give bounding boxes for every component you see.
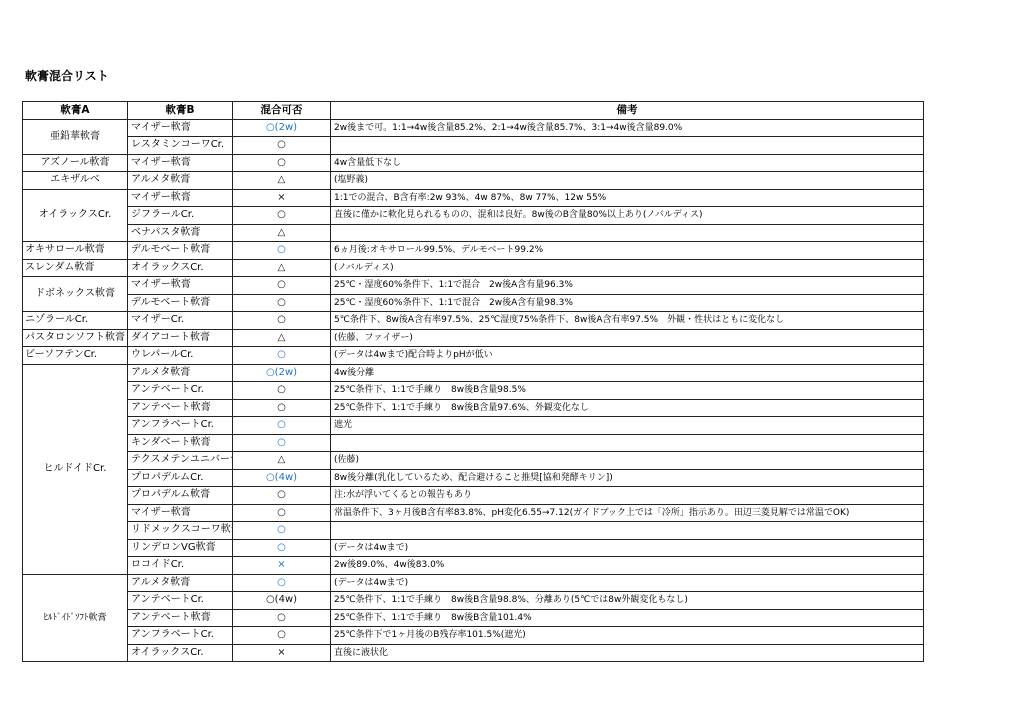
cell-ointment-b[interactable]: マイザー軟膏 bbox=[128, 189, 233, 207]
table-row: ベナパスタ軟膏△ bbox=[23, 224, 924, 242]
cell-ointment-b[interactable]: アルメタ軟膏 bbox=[128, 574, 233, 592]
table-row: ジフラールCr.○直後に僅かに軟化見られるものの、混和は良好。8w後のB含量80… bbox=[23, 207, 924, 225]
cell-ointment-b[interactable]: アンテベート軟膏 bbox=[128, 609, 233, 627]
cell-notes[interactable]: 25℃条件下で1ヶ月後のB残存率101.5%(遮光) bbox=[331, 627, 924, 645]
cell-ointment-a[interactable]: ﾋﾙﾄﾞｲﾄﾞｿﾌﾄ軟膏 bbox=[23, 574, 128, 662]
cell-notes[interactable]: 4w含量低下なし bbox=[331, 154, 924, 172]
cell-notes[interactable]: 2w後まで可。1:1→4w後含量85.2%、2:1→4w後含量85.7%、3:1… bbox=[331, 119, 924, 137]
cell-notes[interactable] bbox=[331, 137, 924, 155]
cell-ointment-b[interactable]: マイザー軟膏 bbox=[128, 119, 233, 137]
table-row: 亜鉛華軟膏マイザー軟膏○(2w)2w後まで可。1:1→4w後含量85.2%、2:… bbox=[23, 119, 924, 137]
table-row: スレンダム軟膏オイラックスCr.△(ノバルディス) bbox=[23, 259, 924, 277]
cell-mixability-mark[interactable]: ○ bbox=[233, 539, 331, 557]
cell-notes[interactable]: 25℃条件下、1:1で手練り 8w後B含量101.4% bbox=[331, 609, 924, 627]
cell-mixability-mark[interactable]: ○ bbox=[233, 627, 331, 645]
cell-notes[interactable]: 25℃・湿度60%条件下、1:1で混合 2w後A含有量98.3% bbox=[331, 294, 924, 312]
table-row: オキサロール軟膏デルモベート軟膏○6ヵ月後:オキサロール99.5%、デルモベート… bbox=[23, 242, 924, 260]
table-row: デルモベート軟膏○25℃・湿度60%条件下、1:1で混合 2w後A含有量98.3… bbox=[23, 294, 924, 312]
cell-notes[interactable]: (塩野義) bbox=[331, 172, 924, 190]
table-row: ニゾラールCr.マイザーCr.○5℃条件下、8w後A含有率97.5%、25℃湿度… bbox=[23, 312, 924, 330]
cell-mixability-mark[interactable]: ○(4w) bbox=[233, 469, 331, 487]
table-row: テクスメテンユニバーサル△(佐藤) bbox=[23, 452, 924, 470]
table-row: リンデロンVG軟膏○(データは4wまで) bbox=[23, 539, 924, 557]
header-ointment-b[interactable]: 軟膏B bbox=[128, 102, 233, 120]
cell-mixability-mark[interactable]: × bbox=[233, 644, 331, 662]
cell-ointment-b[interactable]: デルモベート軟膏 bbox=[128, 242, 233, 260]
table-row: アンテベート軟膏○25℃条件下、1:1で手練り 8w後B含量101.4% bbox=[23, 609, 924, 627]
cell-mixability-mark[interactable]: ○ bbox=[233, 399, 331, 417]
table-row: エキザルベアルメタ軟膏△(塩野義) bbox=[23, 172, 924, 190]
cell-mixability-mark[interactable]: ○ bbox=[233, 574, 331, 592]
cell-notes[interactable]: (データは4wまで) bbox=[331, 539, 924, 557]
cell-notes[interactable] bbox=[331, 434, 924, 452]
cell-ointment-a[interactable]: オイラックスCr. bbox=[23, 189, 128, 242]
cell-mixability-mark[interactable]: ○ bbox=[233, 487, 331, 505]
cell-mixability-mark[interactable]: ○ bbox=[233, 434, 331, 452]
cell-ointment-b[interactable]: ダイアコート軟膏 bbox=[128, 329, 233, 347]
table-row: ヒルドイドCr.アルメタ軟膏○(2w)4w後分離 bbox=[23, 364, 924, 382]
cell-notes[interactable]: 6ヵ月後:オキサロール99.5%、デルモベート99.2% bbox=[331, 242, 924, 260]
cell-notes[interactable]: 25℃・湿度60%条件下、1:1で混合 2w後A含有量96.3% bbox=[331, 277, 924, 295]
cell-notes[interactable]: 常温条件下、3ヶ月後B含有率83.8%、pH変化6.55→7.12(ガイドブック… bbox=[331, 504, 924, 522]
cell-notes[interactable]: 直後に液状化 bbox=[331, 644, 924, 662]
table-row: プロパデルムCr.○(4w)8w後分離(乳化しているため、配合避けること推奨[協… bbox=[23, 469, 924, 487]
table-row: ロコイドCr.×2w後89.0%、4w後83.0% bbox=[23, 557, 924, 575]
cell-mixability-mark[interactable]: ○(2w) bbox=[233, 119, 331, 137]
cell-ointment-a[interactable]: ビーソフテンCr. bbox=[23, 347, 128, 365]
cell-ointment-b[interactable]: プロパデルムCr. bbox=[128, 469, 233, 487]
cell-mixability-mark[interactable]: ○ bbox=[233, 382, 331, 400]
header-notes[interactable]: 備考 bbox=[331, 102, 924, 120]
cell-ointment-b[interactable]: ベナパスタ軟膏 bbox=[128, 224, 233, 242]
cell-ointment-a[interactable]: 亜鉛華軟膏 bbox=[23, 119, 128, 154]
cell-mixability-mark[interactable]: △ bbox=[233, 259, 331, 277]
cell-ointment-b[interactable]: キンダベート軟膏 bbox=[128, 434, 233, 452]
cell-ointment-a[interactable]: スレンダム軟膏 bbox=[23, 259, 128, 277]
cell-ointment-b[interactable]: アンテベートCr. bbox=[128, 382, 233, 400]
cell-ointment-b[interactable]: レスタミンコーワCr. bbox=[128, 137, 233, 155]
cell-notes[interactable]: 25℃条件下、1:1で手練り 8w後B含量97.6%、外観変化なし bbox=[331, 399, 924, 417]
sheet-title: 軟膏混合リスト bbox=[25, 67, 109, 84]
cell-ointment-b[interactable]: ロコイドCr. bbox=[128, 557, 233, 575]
cell-mixability-mark[interactable]: △ bbox=[233, 329, 331, 347]
cell-ointment-a[interactable]: ドボネックス軟膏 bbox=[23, 277, 128, 312]
cell-notes[interactable]: (佐藤) bbox=[331, 452, 924, 470]
cell-mixability-mark[interactable]: × bbox=[233, 557, 331, 575]
table-row: アンフラベートCr.○25℃条件下で1ヶ月後のB残存率101.5%(遮光) bbox=[23, 627, 924, 645]
cell-notes[interactable]: 2w後89.0%、4w後83.0% bbox=[331, 557, 924, 575]
table-row: ドボネックス軟膏マイザー軟膏○25℃・湿度60%条件下、1:1で混合 2w後A含… bbox=[23, 277, 924, 295]
cell-ointment-b[interactable]: アンテベート軟膏 bbox=[128, 399, 233, 417]
cell-ointment-b[interactable]: アンフラベートCr. bbox=[128, 417, 233, 435]
cell-mixability-mark[interactable]: ○(2w) bbox=[233, 364, 331, 382]
cell-notes[interactable]: 4w後分離 bbox=[331, 364, 924, 382]
table-row: アンテベートCr.○25℃条件下、1:1で手練り 8w後B含量98.5% bbox=[23, 382, 924, 400]
table-row: ビーソフテンCr.ウレパールCr.○(データは4wまで)配合時よりpHが低い bbox=[23, 347, 924, 365]
cell-ointment-b[interactable]: アルメタ軟膏 bbox=[128, 364, 233, 382]
header-row: 軟膏A 軟膏B 混合可否 備考 bbox=[23, 102, 924, 120]
table-row: ﾋﾙﾄﾞｲﾄﾞｿﾌﾄ軟膏アルメタ軟膏○(データは4wまで) bbox=[23, 574, 924, 592]
cell-ointment-a[interactable]: エキザルベ bbox=[23, 172, 128, 190]
cell-notes[interactable] bbox=[331, 224, 924, 242]
table-body: 亜鉛華軟膏マイザー軟膏○(2w)2w後まで可。1:1→4w後含量85.2%、2:… bbox=[23, 119, 924, 662]
cell-mixability-mark[interactable]: △ bbox=[233, 452, 331, 470]
cell-notes[interactable]: 直後に僅かに軟化見られるものの、混和は良好。8w後のB含量80%以上あり(ノバル… bbox=[331, 207, 924, 225]
cell-ointment-b[interactable]: ウレパールCr. bbox=[128, 347, 233, 365]
cell-notes[interactable]: (データは4wまで) bbox=[331, 574, 924, 592]
cell-ointment-b[interactable]: テクスメテンユニバーサル bbox=[128, 452, 233, 470]
table-row: レスタミンコーワCr.○ bbox=[23, 137, 924, 155]
cell-mixability-mark[interactable]: ○ bbox=[233, 347, 331, 365]
cell-ointment-a[interactable]: アズノール軟膏 bbox=[23, 154, 128, 172]
table-row: アンフラベートCr.○遮光 bbox=[23, 417, 924, 435]
cell-mixability-mark[interactable]: ○ bbox=[233, 207, 331, 225]
cell-mixability-mark[interactable]: ○ bbox=[233, 242, 331, 260]
cell-mixability-mark[interactable]: ○ bbox=[233, 154, 331, 172]
cell-ointment-b[interactable]: マイザー軟膏 bbox=[128, 277, 233, 295]
cell-mixability-mark[interactable]: ○(4w) bbox=[233, 592, 331, 610]
cell-mixability-mark[interactable]: ○ bbox=[233, 417, 331, 435]
cell-notes[interactable]: 5℃条件下、8w後A含有率97.5%、25℃湿度75%条件下、8w後A含有率97… bbox=[331, 312, 924, 330]
cell-ointment-b[interactable]: リドメックスコーワ軟膏 bbox=[128, 522, 233, 540]
cell-mixability-mark[interactable]: ○ bbox=[233, 312, 331, 330]
table-row: パスタロンソフト軟膏ダイアコート軟膏△(佐藤、ファイザー) bbox=[23, 329, 924, 347]
cell-notes[interactable]: (佐藤、ファイザー) bbox=[331, 329, 924, 347]
cell-notes[interactable]: 8w後分離(乳化しているため、配合避けること推奨[協和発酵キリン]) bbox=[331, 469, 924, 487]
cell-ointment-b[interactable]: マイザーCr. bbox=[128, 312, 233, 330]
cell-ointment-a[interactable]: オキサロール軟膏 bbox=[23, 242, 128, 260]
header-mixability[interactable]: 混合可否 bbox=[233, 102, 331, 120]
cell-notes[interactable] bbox=[331, 522, 924, 540]
table-row: アンテベートCr.○(4w)25℃条件下、1:1で手練り 8w後B含量98.8%… bbox=[23, 592, 924, 610]
cell-notes[interactable]: 25℃条件下、1:1で手練り 8w後B含量98.8%、分離あり(5℃では8w外観… bbox=[331, 592, 924, 610]
cell-mixability-mark[interactable]: ○ bbox=[233, 609, 331, 627]
table-row: プロパデルム軟膏○注:水が浮いてくるとの報告もあり bbox=[23, 487, 924, 505]
cell-ointment-a[interactable]: ヒルドイドCr. bbox=[23, 364, 128, 574]
cell-mixability-mark[interactable]: ○ bbox=[233, 294, 331, 312]
cell-mixability-mark[interactable]: ○ bbox=[233, 277, 331, 295]
cell-ointment-b[interactable]: ジフラールCr. bbox=[128, 207, 233, 225]
cell-notes[interactable]: 25℃条件下、1:1で手練り 8w後B含量98.5% bbox=[331, 382, 924, 400]
cell-mixability-mark[interactable]: × bbox=[233, 189, 331, 207]
table-row: マイザー軟膏○常温条件下、3ヶ月後B含有率83.8%、pH変化6.55→7.12… bbox=[23, 504, 924, 522]
cell-ointment-a[interactable]: ニゾラールCr. bbox=[23, 312, 128, 330]
cell-ointment-b[interactable]: マイザー軟膏 bbox=[128, 504, 233, 522]
cell-ointment-b[interactable]: オイラックスCr. bbox=[128, 259, 233, 277]
cell-ointment-b[interactable]: アルメタ軟膏 bbox=[128, 172, 233, 190]
cell-mixability-mark[interactable]: ○ bbox=[233, 504, 331, 522]
cell-ointment-b[interactable]: アンテベートCr. bbox=[128, 592, 233, 610]
table-row: オイラックスCr.×直後に液状化 bbox=[23, 644, 924, 662]
cell-notes[interactable]: 遮光 bbox=[331, 417, 924, 435]
table-row: オイラックスCr.マイザー軟膏×1:1での混合、B含有率:2w 93%、4w 8… bbox=[23, 189, 924, 207]
cell-ointment-b[interactable]: マイザー軟膏 bbox=[128, 154, 233, 172]
cell-mixability-mark[interactable]: ○ bbox=[233, 137, 331, 155]
cell-ointment-b[interactable]: デルモベート軟膏 bbox=[128, 294, 233, 312]
mixing-table: 軟膏A 軟膏B 混合可否 備考 亜鉛華軟膏マイザー軟膏○(2w)2w後まで可。1… bbox=[22, 101, 924, 662]
cell-mixability-mark[interactable]: △ bbox=[233, 172, 331, 190]
cell-notes[interactable]: (ノバルディス) bbox=[331, 259, 924, 277]
cell-ointment-b[interactable]: オイラックスCr. bbox=[128, 644, 233, 662]
cell-ointment-b[interactable]: リンデロンVG軟膏 bbox=[128, 539, 233, 557]
cell-notes[interactable]: 1:1での混合、B含有率:2w 93%、4w 87%、8w 77%、12w 55… bbox=[331, 189, 924, 207]
cell-mixability-mark[interactable]: ○ bbox=[233, 522, 331, 540]
cell-ointment-a[interactable]: パスタロンソフト軟膏 bbox=[23, 329, 128, 347]
table-row: アンテベート軟膏○25℃条件下、1:1で手練り 8w後B含量97.6%、外観変化… bbox=[23, 399, 924, 417]
table-row: キンダベート軟膏○ bbox=[23, 434, 924, 452]
table-row: リドメックスコーワ軟膏○ bbox=[23, 522, 924, 540]
cell-notes[interactable]: (データは4wまで)配合時よりpHが低い bbox=[331, 347, 924, 365]
cell-ointment-b[interactable]: プロパデルム軟膏 bbox=[128, 487, 233, 505]
header-ointment-a[interactable]: 軟膏A bbox=[23, 102, 128, 120]
cell-mixability-mark[interactable]: △ bbox=[233, 224, 331, 242]
cell-notes[interactable]: 注:水が浮いてくるとの報告もあり bbox=[331, 487, 924, 505]
table-row: アズノール軟膏マイザー軟膏○4w含量低下なし bbox=[23, 154, 924, 172]
cell-ointment-b[interactable]: アンフラベートCr. bbox=[128, 627, 233, 645]
